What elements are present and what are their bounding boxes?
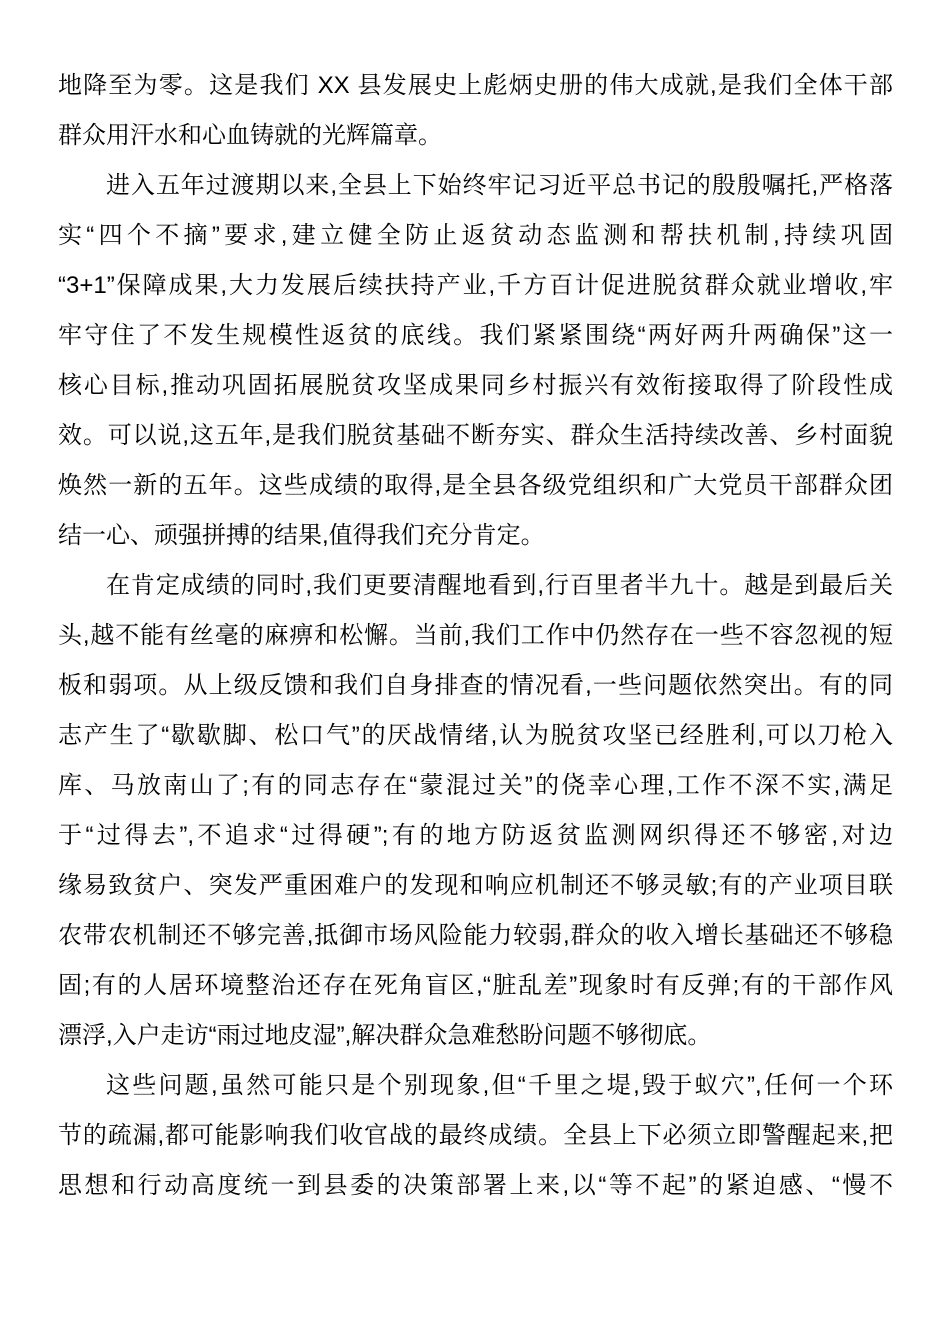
text-line: “3+1”保障成果,大力发展后续扶持产业,千方百计促进脱贫群众就业增收,牢 xyxy=(58,261,893,311)
text-line: 固;有的人居环境整治还存在死角盲区,“脏乱差”现象时有反弹;有的干部作风 xyxy=(58,961,893,1011)
document-body: 地降至为零。这是我们 XX 县发展史上彪炳史册的伟大成就,是我们全体干部群众用汗… xyxy=(58,61,893,1211)
text-line: 地降至为零。这是我们 XX 县发展史上彪炳史册的伟大成就,是我们全体干部 xyxy=(58,61,893,111)
text-line: 志产生了“歇歇脚、松口气”的厌战情绪,认为脱贫攻坚已经胜利,可以刀枪入 xyxy=(58,711,893,761)
document-page: 地降至为零。这是我们 XX 县发展史上彪炳史册的伟大成就,是我们全体干部群众用汗… xyxy=(0,0,950,1344)
text-line: 核心目标,推动巩固拓展脱贫攻坚成果同乡村振兴有效衔接取得了阶段性成 xyxy=(58,361,893,411)
text-line: 焕然一新的五年。这些成绩的取得,是全县各级党组织和广大党员干部群众团 xyxy=(58,461,893,511)
text-line: 进入五年过渡期以来,全县上下始终牢记习近平总书记的殷殷嘱托,严格落 xyxy=(58,161,893,211)
text-line: 在肯定成绩的同时,我们更要清醒地看到,行百里者半九十。越是到最后关 xyxy=(58,561,893,611)
text-line: 库、马放南山了;有的同志存在“蒙混过关”的侥幸心理,工作不深不实,满足 xyxy=(58,761,893,811)
text-line: 实“四个不摘”要求,建立健全防止返贫动态监测和帮扶机制,持续巩固 xyxy=(58,211,893,261)
text-line: 群众用汗水和心血铸就的光辉篇章。 xyxy=(58,111,893,161)
paragraph: 这些问题,虽然可能只是个别现象,但“千里之堤,毁于蚁穴”,任何一个环节的疏漏,都… xyxy=(58,1061,893,1211)
text-line: 结一心、顽强拼搏的结果,值得我们充分肯定。 xyxy=(58,511,893,561)
paragraph: 进入五年过渡期以来,全县上下始终牢记习近平总书记的殷殷嘱托,严格落实“四个不摘”… xyxy=(58,161,893,561)
text-line: 效。可以说,这五年,是我们脱贫基础不断夯实、群众生活持续改善、乡村面貌 xyxy=(58,411,893,461)
text-line: 缘易致贫户、突发严重困难户的发现和响应机制还不够灵敏;有的产业项目联 xyxy=(58,861,893,911)
paragraph: 地降至为零。这是我们 XX 县发展史上彪炳史册的伟大成就,是我们全体干部群众用汗… xyxy=(58,61,893,161)
paragraph: 在肯定成绩的同时,我们更要清醒地看到,行百里者半九十。越是到最后关头,越不能有丝… xyxy=(58,561,893,1061)
text-line: 漂浮,入户走访“雨过地皮湿”,解决群众急难愁盼问题不够彻底。 xyxy=(58,1011,893,1061)
text-line: 思想和行动高度统一到县委的决策部署上来,以“等不起”的紧迫感、“慢不 xyxy=(58,1161,893,1211)
text-line: 头,越不能有丝毫的麻痹和松懈。当前,我们工作中仍然存在一些不容忽视的短 xyxy=(58,611,893,661)
text-line: 这些问题,虽然可能只是个别现象,但“千里之堤,毁于蚁穴”,任何一个环 xyxy=(58,1061,893,1111)
text-line: 牢守住了不发生规模性返贫的底线。我们紧紧围绕“两好两升两确保”这一 xyxy=(58,311,893,361)
text-line: 于“过得去”,不追求“过得硬”;有的地方防返贫监测网织得还不够密,对边 xyxy=(58,811,893,861)
text-line: 板和弱项。从上级反馈和我们自身排查的情况看,一些问题依然突出。有的同 xyxy=(58,661,893,711)
text-line: 节的疏漏,都可能影响我们收官战的最终成绩。全县上下必须立即警醒起来,把 xyxy=(58,1111,893,1161)
text-line: 农带农机制还不够完善,抵御市场风险能力较弱,群众的收入增长基础还不够稳 xyxy=(58,911,893,961)
